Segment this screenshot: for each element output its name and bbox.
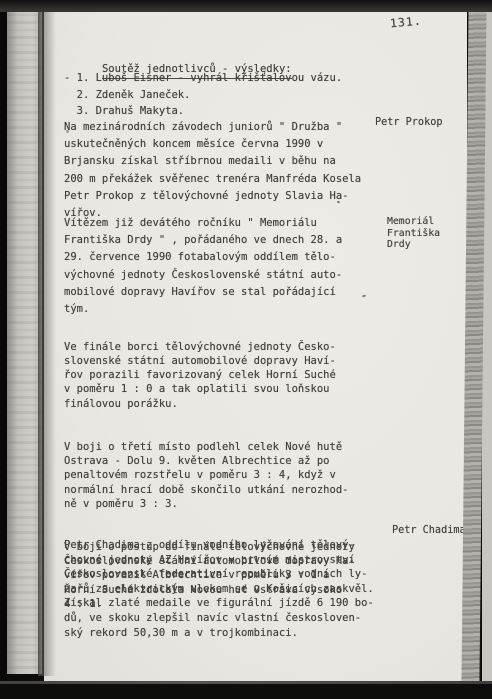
text-line: Ve finále borci tělovýchovné jednoty Čes…	[64, 340, 355, 354]
text-line: řov porazili favorizovaný celek Horní Su…	[64, 368, 355, 382]
text-line: Brjansku získal stříbrnou medaili v běhu…	[64, 153, 361, 170]
results-list: - 1. Luboš Eisner - vyhrál křišťalovou v…	[64, 70, 342, 120]
text-line: Františka	[387, 228, 440, 240]
text-line: 2. Zdeněk Janeček.	[64, 87, 342, 104]
text-line: mobilové dopravy Havířov se stal pořádaj…	[64, 284, 342, 301]
text-line: Petr Prokop z tělovýchovné jednoty Slavi…	[64, 188, 361, 205]
text-line: ně v poměru 3 : 3.	[64, 497, 355, 511]
text-line: Československé federativní republiky vod…	[64, 567, 374, 582]
text-line: Získal zlaté medaile ve figurální jízdě …	[64, 596, 374, 611]
scan-bottom-border	[0, 681, 492, 699]
page-number: 131.	[389, 14, 422, 31]
text-line: 29. července 1990 fotabalovým oddílem tě…	[64, 249, 342, 266]
paragraph-chadima: Petr Chadima z oddílu vodního lyžování t…	[64, 538, 374, 640]
text-line: dů, ve skoku zlepšil navíc vlastní česko…	[64, 611, 374, 626]
text-line: Petr Prokop	[375, 117, 442, 129]
text-line: normální hrací době skončilo utkání nero…	[64, 483, 355, 497]
text-line: Drdy	[387, 239, 440, 251]
text-line: Na mezinárodních závodech juniorů " Druž…	[64, 119, 361, 136]
text-line: penaltovém rozstřelu v poměru 3 : 4, kdy…	[64, 468, 355, 482]
text-line: 200 m překážek svěřenec trenéra Manfréda…	[64, 171, 361, 188]
margin-note-memorial: MemoriálFrantiškaDrdy	[387, 216, 440, 251]
text-line: chovné jednoty AZ Havířov v prvním mistr…	[64, 553, 374, 568]
paragraph-treti-misto: V boji o třetí místo podlehl celek Nové …	[64, 440, 355, 511]
paragraph-finale: Ve finále borci tělovýchovné jednoty Čes…	[64, 340, 355, 411]
text-line: 3. Drahuš Makyta.	[64, 103, 342, 120]
text-line: uskutečněných koncem měsíce června 1990 …	[64, 136, 361, 153]
text-line: Ostrava - Dolu 9. květen Albrechtice až …	[64, 454, 355, 468]
scan-speck	[66, 130, 69, 133]
text-line: Petr Chadima	[392, 525, 466, 537]
text-line: Memoriál	[387, 216, 440, 228]
scan-speck	[362, 295, 366, 298]
text-line: V boji o třetí místo podlehl celek Nové …	[64, 440, 355, 454]
margin-note-prokop: Petr Prokop	[375, 117, 442, 129]
scanned-book-page: 131. Soutěž jednotlivců - výsledky: - 1.…	[0, 0, 492, 699]
margin-note-chadima: Petr Chadima	[392, 525, 466, 537]
text-line: Vítězem již devátého ročníku " Memoriálu	[64, 215, 342, 232]
paragraph-prokop: Na mezinárodních závodech juniorů " Druž…	[64, 119, 361, 222]
text-line: výchovné jednoty Československé státní a…	[64, 267, 342, 284]
text-line: slovenské státní automobilové dopravy Ha…	[64, 354, 355, 368]
book-spine-shadow	[0, 0, 7, 699]
text-line: finálovou porážku.	[64, 397, 355, 411]
text-line: - 1. Luboš Eisner - vyhrál křišťalovou v…	[64, 70, 342, 87]
scan-top-border	[0, 0, 492, 12]
document-page: 131. Soutěž jednotlivců - výsledky: - 1.…	[44, 10, 467, 682]
text-line: žařů za elektrickým vlekem se v Košicích…	[64, 582, 374, 597]
text-line: Petr Chadima z oddílu vodního lyžování t…	[64, 538, 374, 553]
text-line: ský rekord 50,30 m a v trojkombinaci.	[64, 626, 374, 641]
text-line: Františka Drdy " , pořádaného ve dnech 2…	[64, 232, 342, 249]
text-line: v poměru 1 : 0 a tak oplatili svou loňsk…	[64, 382, 355, 396]
paragraph-memorial: Vítězem již devátého ročníku " Memoriálu…	[64, 215, 342, 318]
adjacent-page-edge	[7, 6, 42, 674]
gutter-shadow	[38, 8, 56, 676]
